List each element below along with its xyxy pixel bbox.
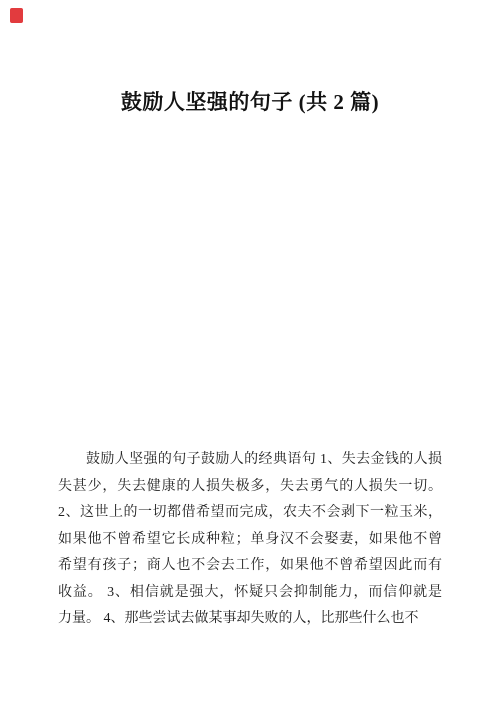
document-page: 鼓励人坚强的句子 (共 2 篇) 鼓励人坚强的句子鼓励人的经典语句 1、失去金钱… [0, 0, 500, 707]
body-text-line: 鼓励人坚强的句子鼓励人的经典语句 1、失去金钱的人损 [58, 447, 442, 474]
body-text-line: 2、这世上的一切都借希望而完成，农夫不会剥下一粒玉米， [58, 500, 442, 527]
body-text-line: 如果他不曾希望它长成种粒；单身汉不会娶妻，如果他不曾 [58, 527, 442, 554]
body-text-line: 力量。 4、那些尝试去做某事却失败的人，比那些什么也不 [58, 606, 442, 633]
body-text-line: 收益。 3、相信就是强大，怀疑只会抑制能力，而信仰就是 [58, 580, 442, 607]
red-corner-marker-icon [10, 8, 23, 23]
page-title: 鼓励人坚强的句子 (共 2 篇) [0, 89, 500, 115]
body-text-line: 失甚少，失去健康的人损失极多，失去勇气的人损失一切。 [58, 474, 442, 501]
body-paragraph: 鼓励人坚强的句子鼓励人的经典语句 1、失去金钱的人损 失甚少，失去健康的人损失极… [58, 447, 442, 633]
body-text-line: 希望有孩子；商人也不会去工作，如果他不曾希望因此而有 [58, 553, 442, 580]
